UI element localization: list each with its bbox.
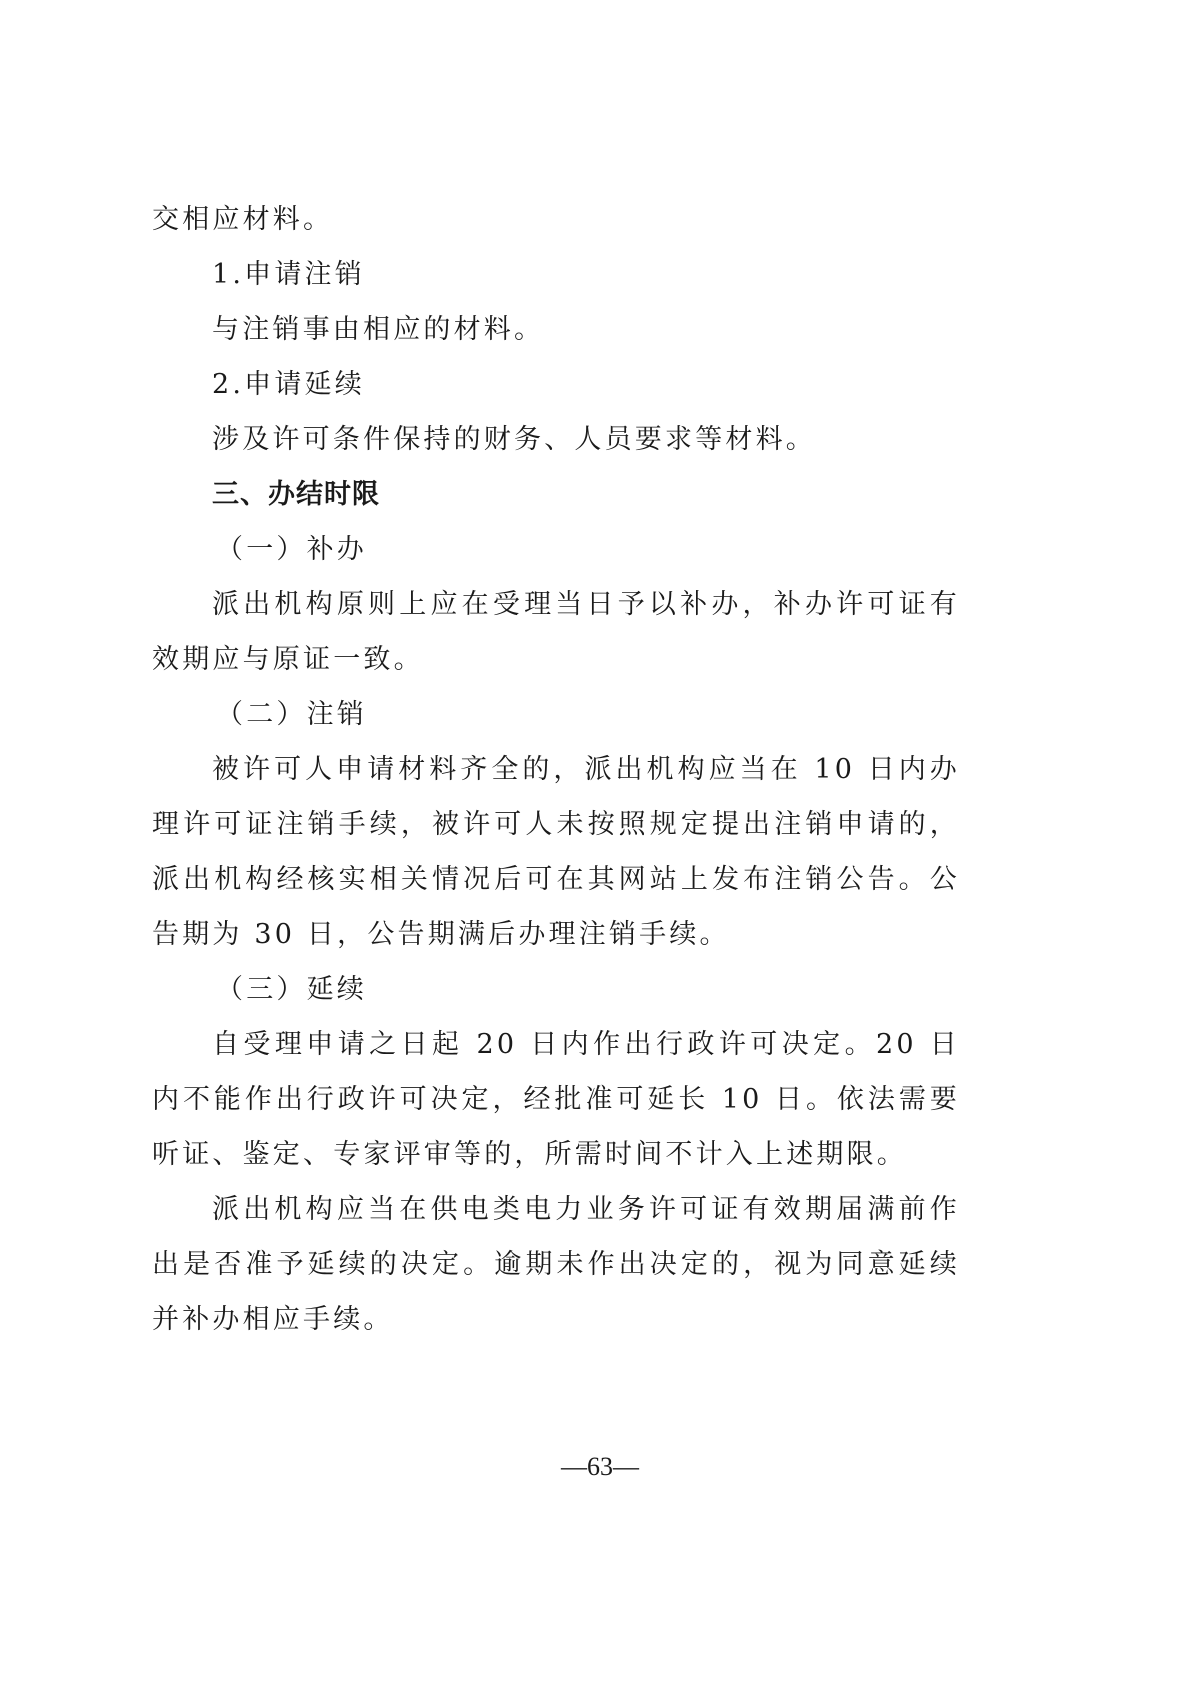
item-text-renew: 涉及许可条件保持的财务、人员要求等材料。: [152, 412, 960, 467]
paragraph-renew-2: 派出机构应当在供电类电力业务许可证有效期届满前作出是否准予延续的决定。逾期未作出…: [152, 1182, 960, 1347]
paragraph-reissue: 派出机构原则上应在受理当日予以补办，补办许可证有效期应与原证一致。: [152, 577, 960, 687]
item-label-renew: 2.申请延续: [152, 357, 960, 412]
item-label-cancel: 1.申请注销: [152, 247, 960, 302]
paragraph-cancel: 被许可人申请材料齐全的，派出机构应当在 10 日内办理许可证注销手续，被许可人未…: [152, 742, 960, 962]
subsection-heading-cancel: （二）注销: [152, 687, 960, 742]
section-heading: 三、办结时限: [152, 467, 960, 522]
document-page: 交相应材料。 1.申请注销 与注销事由相应的材料。 2.申请延续 涉及许可条件保…: [152, 192, 960, 1347]
page-number: —63—: [0, 1452, 1200, 1482]
paragraph-renew-1: 自受理申请之日起 20 日内作出行政许可决定。20 日内不能作出行政许可决定，经…: [152, 1017, 960, 1182]
subsection-heading-renew: （三）延续: [152, 962, 960, 1017]
continuation-text: 交相应材料。: [152, 192, 960, 247]
subsection-heading-reissue: （一）补办: [152, 522, 960, 577]
item-text-cancel: 与注销事由相应的材料。: [152, 302, 960, 357]
